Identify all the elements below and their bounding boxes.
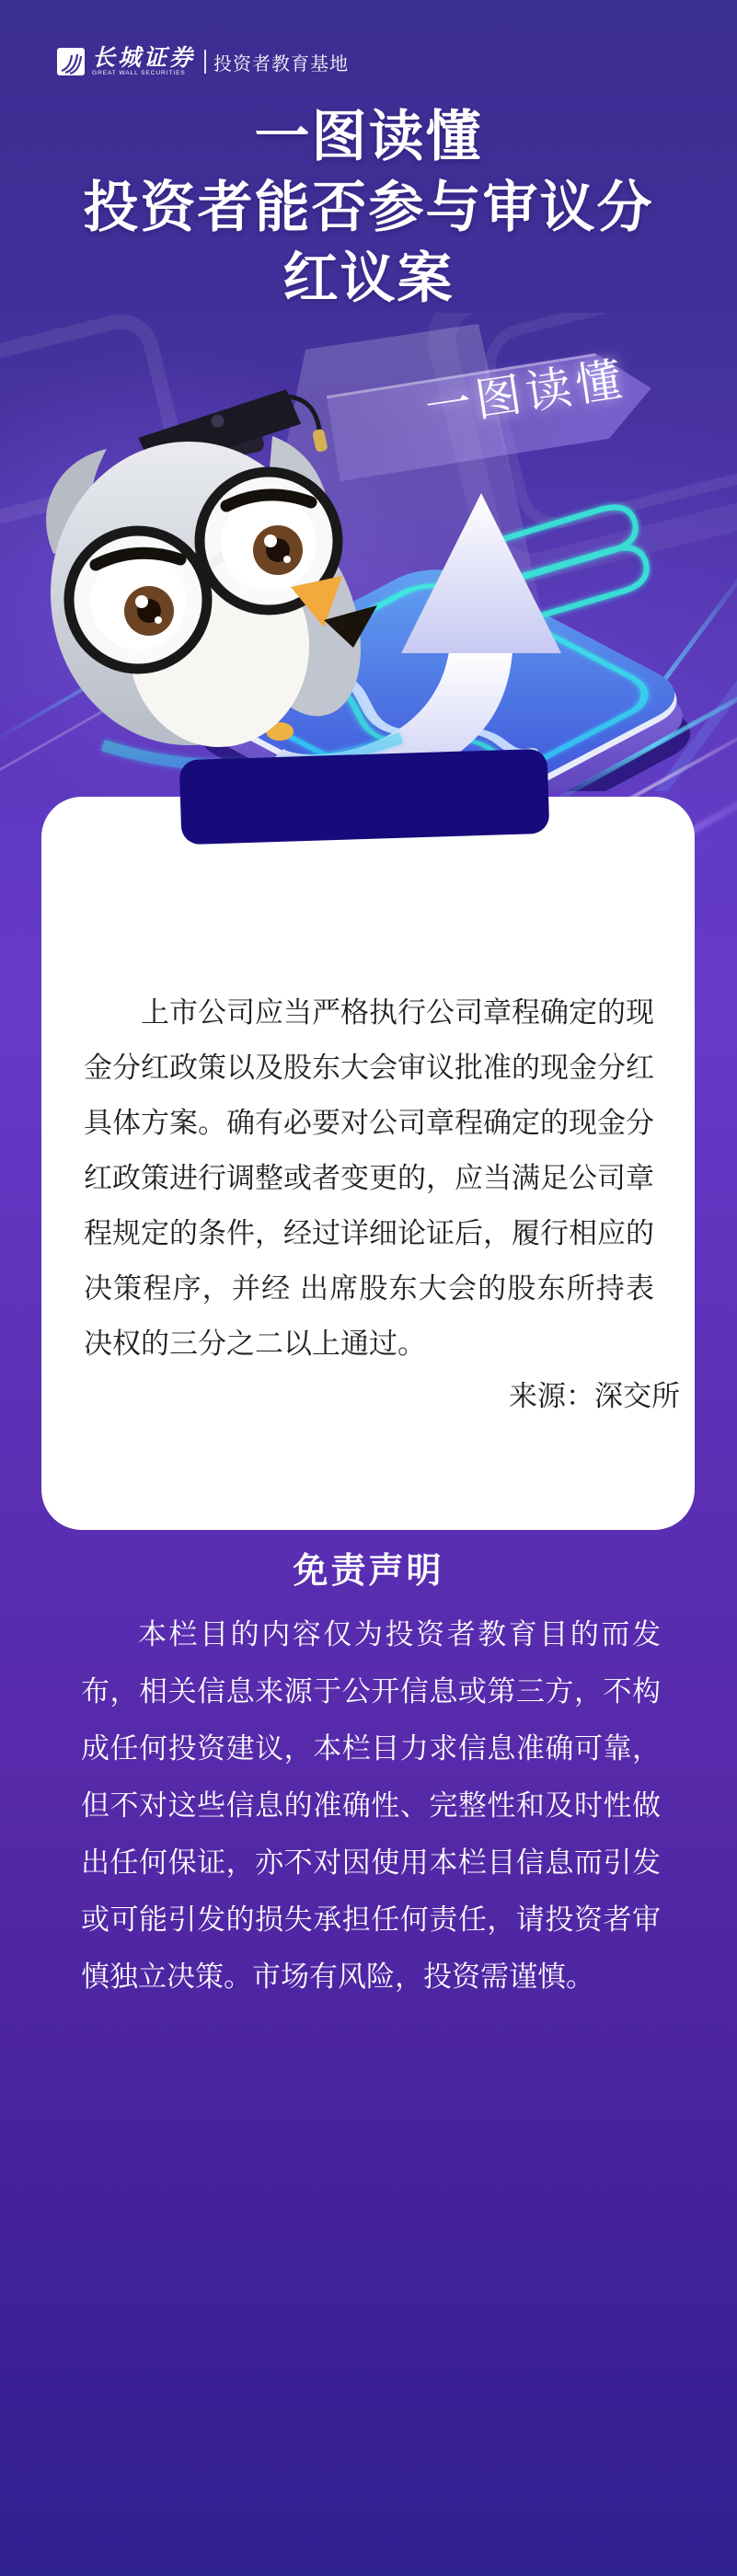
disclaimer-body: 本栏目的内容仅为投资者教育目的而发布，相关信息来源于公开信息或第三方，不构成任何… [81, 1606, 661, 2006]
brand-name-cn: 长城证券 [92, 48, 195, 68]
brand-divider [204, 50, 206, 74]
brand-name-en: GREAT WALL SECURITIES [92, 70, 195, 76]
brand-header: 长城证券 GREAT WALL SECURITIES 投资者教育基地 [57, 46, 349, 77]
card-body-text: 上市公司应当严格执行公司章程确定的现金分红政策以及股东大会审议批准的现金分红具体… [84, 985, 654, 1372]
page-title-line2: 投资者能否参与审议分红议案 [73, 172, 665, 314]
page-title: 一图读懂 投资者能否参与审议分红议案 [0, 101, 737, 314]
card-source-text: 来源：深交所 [42, 1369, 680, 1424]
poster: 长城证券 GREAT WALL SECURITIES 投资者教育基地 一图读懂 … [0, 0, 737, 2576]
wave-logo-glyph [57, 48, 85, 75]
brand-suffix: 投资者教育基地 [213, 49, 349, 75]
greatwall-wave-logo-icon [57, 48, 85, 75]
disclaimer-heading: 免责声明 [0, 1542, 737, 1593]
brand-names: 长城证券 GREAT WALL SECURITIES [92, 48, 195, 76]
card-top-tab [179, 749, 550, 845]
page-title-line1: 一图读懂 [255, 106, 483, 167]
